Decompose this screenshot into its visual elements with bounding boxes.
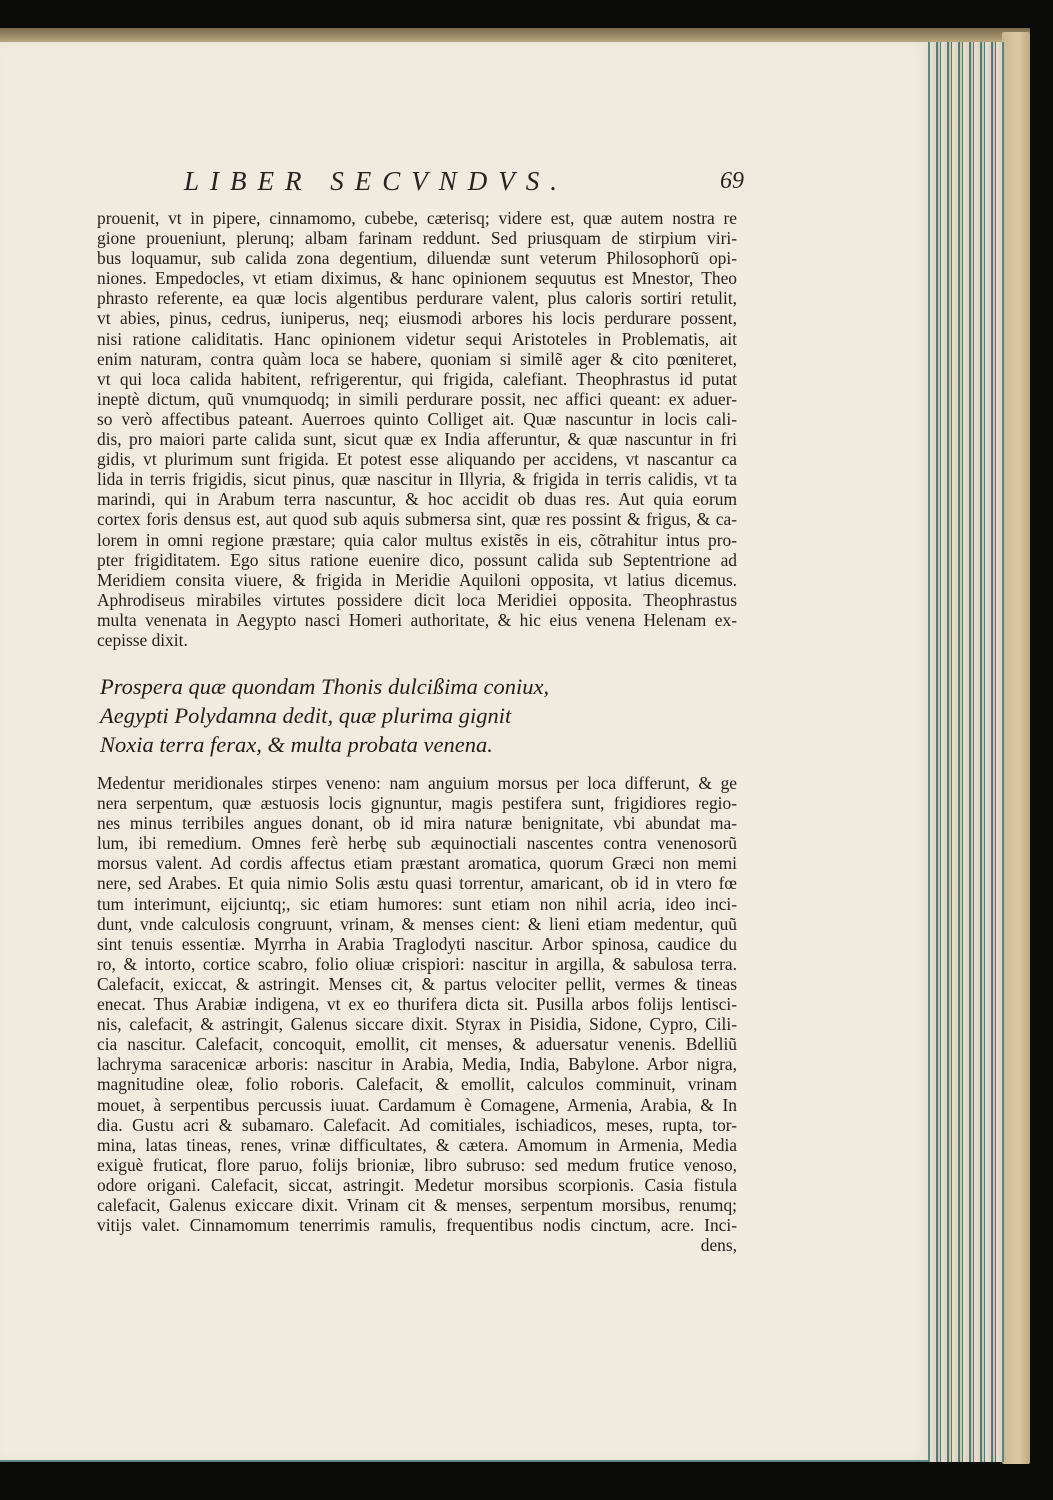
running-head: LIBER SECVNDVS. 69	[184, 166, 744, 206]
text-line: niones. Empedocles, vt etiam diximus, & …	[97, 268, 737, 288]
text-line: pter frigiditatem. Ego situs ratione eue…	[97, 550, 737, 570]
text-line: ineptè dictum, quũ vnumquodq; in simili …	[97, 389, 737, 409]
paragraph-1: prouenit, vt in pipere, cinnamomo, cubeb…	[97, 208, 737, 650]
text-line: lachryma saracenicæ arboris: nascitur in…	[97, 1054, 737, 1074]
text-line: calefacit, Galenus exiccare dixit. Vrina…	[97, 1195, 737, 1215]
text-line: bus loquamur, sub calida zona degentium,…	[97, 248, 737, 268]
text-line: cepisse dixit.	[97, 630, 737, 650]
text-line: enim naturam, contra quàm loca se habere…	[97, 349, 737, 369]
text-line: nisi ratione caliditatis. Hanc opinionem…	[97, 329, 737, 349]
text-line: mouet, à serpentibus percussis iuuat. Ca…	[97, 1095, 737, 1115]
text-line: odore origani. Calefacit, siccat, astrin…	[97, 1175, 737, 1195]
page-number: 69	[720, 168, 744, 195]
text-line: multa venenata in Aegypto nasci Homeri a…	[97, 610, 737, 630]
text-line: phrasto referente, ea quæ locis algentib…	[97, 288, 737, 308]
text-line: dia. Gustu acri & subamaro. Calefacit. A…	[97, 1115, 737, 1135]
text-line: lum, ibi remedium. Omnes ferè herbę sub …	[97, 833, 737, 853]
text-line: lida in terris frigidis, sicut pinus, qu…	[97, 469, 737, 489]
text-line: cia nascitur. Calefacit, concoquit, emol…	[97, 1034, 737, 1054]
text-line: vt qui loca calida habitent, refrigerent…	[97, 369, 737, 389]
page-fore-edge	[922, 42, 1004, 1462]
book-cover-edge	[1002, 32, 1030, 1464]
text-line: enecat. Thus Arabiæ indigena, vt ex eo t…	[97, 994, 737, 1014]
book-top-edge	[0, 28, 1030, 42]
catchword: dens,	[97, 1235, 737, 1255]
text-line: Calefacit, exiccat, & astringit. Menses …	[97, 974, 737, 994]
paragraph-2: Medentur meridionales stirpes veneno: na…	[97, 773, 737, 1255]
text-line: gidis, vt plurimum sunt frigida. Et pote…	[97, 449, 737, 469]
text-line: lorem in omni regione præstare; quia cal…	[97, 530, 737, 550]
text-line: cortex foris densus est, aut quod sub aq…	[97, 509, 737, 529]
text-line: Meridiem consita viuere, & frigida in Me…	[97, 570, 737, 590]
text-line: prouenit, vt in pipere, cinnamomo, cubeb…	[97, 208, 737, 228]
text-line: dunt, vnde calculosis congruunt, vrinam,…	[97, 914, 737, 934]
text-line: nis, calefacit, & astringit, Galenus sic…	[97, 1014, 737, 1034]
text-line: exiguè fruticat, flore paruo, folijs bri…	[97, 1155, 737, 1175]
text-line: morsus valent. Ad cordis affectus etiam …	[97, 853, 737, 873]
text-line: dis, pro maiori parte calida sunt, sicut…	[97, 429, 737, 449]
verse-line: Prospera quæ quondam Thonis dulcißima co…	[97, 672, 737, 701]
text-line: vitijs valet. Cinnamomum tenerrimis ramu…	[97, 1215, 737, 1235]
text-line: Aphrodiseus mirabiles virtutes possidere…	[97, 590, 737, 610]
text-line: sint tenuis essentiæ. Myrrha in Arabia T…	[97, 934, 737, 954]
text-line: magnitudine oleæ, folio roboris. Calefac…	[97, 1074, 737, 1094]
text-line: so verò affectibus pateant. Auerroes qui…	[97, 409, 737, 429]
text-line: nera serpentum, quæ æstuosis locis gignu…	[97, 793, 737, 813]
text-line: nere, sed Arabes. Et quia nimio Solis æs…	[97, 873, 737, 893]
text-line: Medentur meridionales stirpes veneno: na…	[97, 773, 737, 793]
verse-line: Aegypti Polydamna dedit, quæ plurima gig…	[97, 701, 737, 730]
text-line: tum interimunt, eijciuntq;, sic etiam hu…	[97, 894, 737, 914]
text-line: nes minus terribiles angues donant, ob i…	[97, 813, 737, 833]
running-title: LIBER SECVNDVS.	[184, 166, 568, 197]
text-line: gione proueniunt, plerunq; albam farinam…	[97, 228, 737, 248]
verse-line: Noxia terra ferax, & multa probata venen…	[97, 730, 737, 759]
verse-quotation: Prospera quæ quondam Thonis dulcißima co…	[97, 672, 737, 759]
text-line: mina, latas tineas, renes, vrinæ difficu…	[97, 1135, 737, 1155]
text-line: marindi, qui in Arabum terra nascuntur, …	[97, 489, 737, 509]
text-line: ro, & intorto, cortice scabro, folio oli…	[97, 954, 737, 974]
text-line: vt abies, pinus, cedrus, iuniperus, neq;…	[97, 308, 737, 328]
